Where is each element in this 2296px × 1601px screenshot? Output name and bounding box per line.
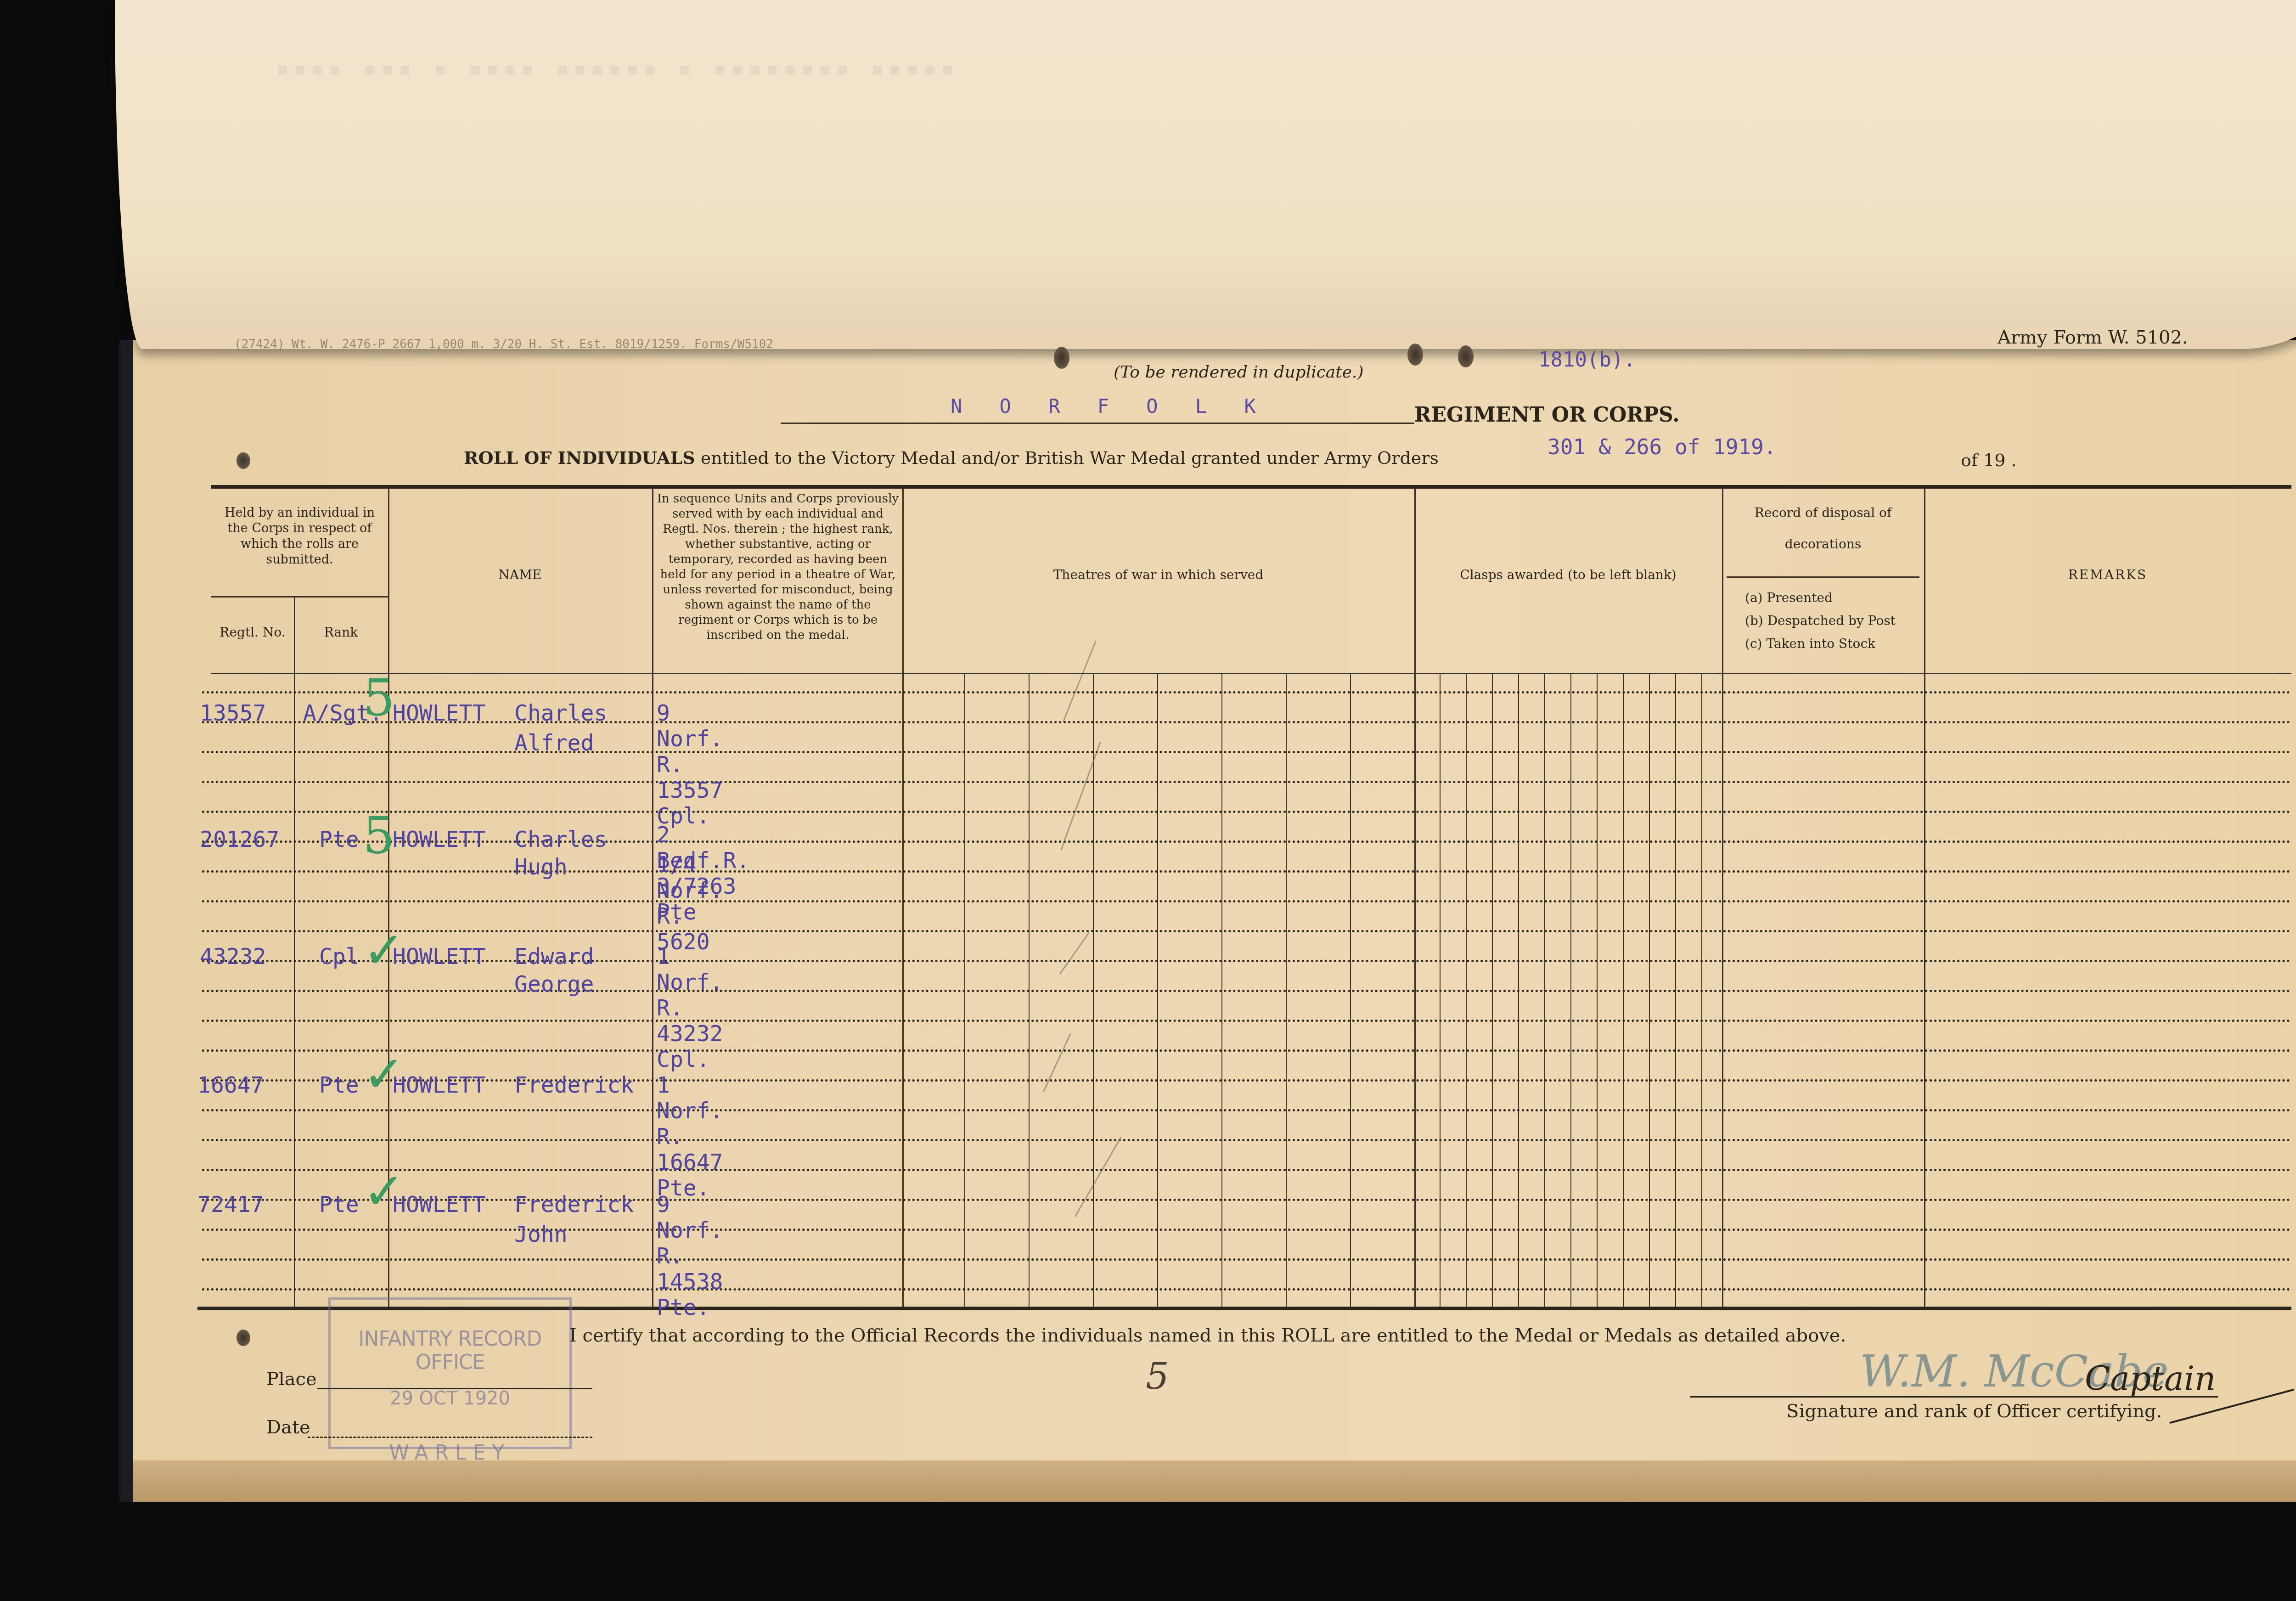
- of-year: of 19 .: [1961, 450, 2017, 470]
- regiment-underline: [781, 423, 1414, 424]
- header-remarks: REMARKS: [1924, 567, 2291, 583]
- regiment-label: REGIMENT OR CORPS.: [1414, 403, 1680, 427]
- officer-rank: Captain: [2085, 1359, 2216, 1398]
- dotted-rule: [202, 691, 2291, 693]
- place-field[interactable]: [317, 1388, 592, 1389]
- date-field[interactable]: [308, 1437, 592, 1438]
- typed-reference: 1810(b).: [1538, 348, 1636, 372]
- roll-title: ROLL OF INDIVIDUALS entitled to the Vict…: [464, 447, 1439, 468]
- rank: Pte: [319, 1072, 359, 1098]
- forename: Charles: [514, 827, 607, 852]
- unit-entry: 9 Norf. R. 13557 Cpl.: [657, 700, 723, 829]
- page-mark: 5: [1146, 1355, 1169, 1398]
- dotted-rule: [202, 1258, 2291, 1261]
- duplicate-note: (To be rendered in duplicate.): [1114, 363, 1364, 382]
- unit-entry: 9 Norf. R. 14538 Pte.: [657, 1192, 723, 1320]
- forename: Edward: [514, 944, 594, 970]
- regiment-name: N O R F O L K: [951, 395, 1269, 417]
- forename-2: John: [514, 1222, 568, 1247]
- regtl-no: 16647: [197, 1072, 264, 1098]
- rank: Pte: [319, 1192, 359, 1218]
- army-orders: 301 & 266 of 1919.: [1548, 434, 1777, 459]
- held-by-subrule: [211, 596, 388, 598]
- surname: HOWLETT: [393, 1192, 485, 1218]
- checkmark-icon: 5: [363, 668, 395, 727]
- col-divider: [1924, 489, 1925, 1307]
- dotted-rule: [202, 1020, 2291, 1022]
- header-rank: Rank: [294, 625, 388, 640]
- header-bottom-rule: [211, 673, 2291, 674]
- header-record-2: decorations: [1722, 536, 1924, 552]
- forename-2: Hugh: [514, 854, 568, 880]
- binding-hole-icon: [1054, 347, 1069, 369]
- printer-imprint: (27424) Wt. W. 2476-P 2667 1,000 m. 3/20…: [234, 338, 773, 351]
- stamp-line-1: INFANTRY RECORD OFFICE: [331, 1327, 569, 1374]
- forename: Frederick: [514, 1192, 634, 1218]
- header-name: NAME: [388, 567, 652, 583]
- form-number: Army Form W. 5102.: [1998, 327, 2188, 348]
- signature-caption: Signature and rank of Officer certifying…: [1786, 1401, 2162, 1422]
- regtl-no: 72417: [197, 1192, 264, 1218]
- header-theatres: Theatres of war in which served: [902, 567, 1414, 583]
- table-top-rule: [211, 485, 2291, 489]
- certification-text: I certify that according to the Official…: [569, 1325, 1846, 1346]
- binding-hole-icon: [1407, 344, 1423, 366]
- dotted-rule: [202, 1049, 2291, 1052]
- place-label: Place: [266, 1369, 317, 1390]
- dotted-rule: [202, 930, 2291, 932]
- header-record: Record of disposal of: [1722, 505, 1924, 521]
- dotted-rule: [202, 811, 2291, 813]
- col-divider: [1414, 489, 1416, 1307]
- dotted-rule: [202, 1169, 2291, 1171]
- binding-hole-icon: [236, 1330, 250, 1346]
- header-record-c: (c) Taken into Stock: [1745, 636, 1875, 652]
- stamp-date: 29 OCT 1920: [331, 1388, 569, 1409]
- record-office-stamp: INFANTRY RECORD OFFICE 29 OCT 1920 WARLE…: [328, 1297, 572, 1449]
- record-subrule: [1727, 576, 1919, 578]
- binding-hole-icon: [236, 452, 250, 469]
- checkmark-icon: 5: [363, 806, 395, 865]
- unit-entry: 1 Norf. R. 43232 Cpl.: [657, 944, 723, 1072]
- regtl-no: 13557: [200, 700, 266, 726]
- surname: HOWLETT: [393, 944, 485, 970]
- forename-2: Alfred: [514, 730, 594, 756]
- rank: Pte: [319, 827, 359, 852]
- surname: HOWLETT: [393, 1072, 485, 1098]
- regtl-no: 201267: [200, 827, 279, 852]
- header-clasps: Clasps awarded (to be left blank): [1414, 567, 1722, 583]
- unit-entry-2: 1/4 Norf. R. 5620: [657, 852, 723, 955]
- surname: HOWLETT: [393, 700, 485, 726]
- col-divider: [652, 489, 653, 1307]
- forename-2: George: [514, 971, 594, 997]
- date-label: Date: [266, 1417, 310, 1438]
- col-divider: [1722, 489, 1723, 1307]
- dotted-rule: [202, 900, 2291, 902]
- roll-title-bold: ROLL OF INDIVIDUALS: [464, 447, 695, 468]
- bleed-through-text: ▪▪▪▪ ▪▪▪ ▪ ▪▪▪▪ ▪▪▪▪▪▪ ▪ ▪▪▪▪▪▪▪▪ ▪▪▪▪▪: [276, 55, 958, 82]
- regtl-no: 43232: [200, 944, 266, 970]
- lifted-page: [115, 0, 2296, 349]
- dotted-rule: [202, 1109, 2291, 1111]
- col-divider: [902, 489, 904, 1307]
- header-record-b: (b) Despatched by Post: [1745, 613, 1896, 629]
- binding-hole-icon: [1458, 345, 1474, 367]
- header-regtl-no: Regtl. No.: [211, 625, 294, 640]
- dotted-rule: [202, 1139, 2291, 1141]
- forename: Charles: [514, 700, 607, 726]
- dotted-rule: [202, 781, 2291, 783]
- stamp-place: WARLEY: [331, 1441, 569, 1465]
- rank: Cpl: [319, 944, 359, 970]
- header-record-a: (a) Presented: [1745, 590, 1833, 606]
- unit-entry: 1 Norf. R. 16647 Pte.: [657, 1072, 723, 1201]
- dotted-rule: [202, 1288, 2291, 1291]
- signature-line: [1690, 1396, 2218, 1398]
- header-units: In sequence Units and Corps previously s…: [656, 491, 900, 643]
- roll-title-rest: entitled to the Victory Medal and/or Bri…: [701, 448, 1439, 468]
- surname: HOWLETT: [393, 827, 485, 852]
- header-held-by: Held by an individual in the Corps in re…: [214, 505, 386, 568]
- forename: Frederick: [514, 1072, 634, 1098]
